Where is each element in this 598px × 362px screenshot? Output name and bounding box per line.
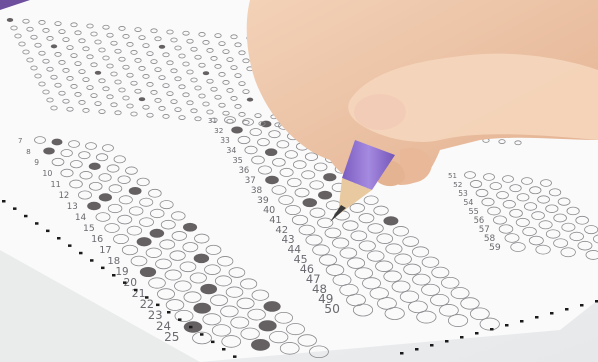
timing-mark: [580, 304, 584, 307]
answer-bubble: [383, 216, 398, 225]
timing-mark: [189, 326, 193, 329]
answer-bubble: [129, 187, 142, 195]
question-number: 9: [34, 158, 39, 167]
timing-mark: [535, 316, 539, 319]
question-number: 25: [164, 330, 179, 344]
question-number: 12: [59, 190, 70, 200]
answer-bubble: [52, 139, 63, 146]
question-number: 33: [220, 136, 230, 145]
answer-bubble: [7, 18, 13, 22]
timing-mark: [79, 252, 83, 255]
question-number: 11: [50, 179, 60, 189]
question-number: 15: [83, 223, 95, 234]
timing-mark: [490, 328, 494, 331]
question-number: 14: [75, 213, 87, 223]
timing-mark: [520, 320, 524, 323]
answer-bubble: [231, 126, 242, 133]
question-number: 59: [489, 242, 501, 253]
answer-bubble: [200, 284, 217, 294]
answer-bubble: [99, 193, 112, 201]
answer-bubble: [265, 176, 279, 184]
question-number: 50: [324, 302, 340, 316]
timing-mark: [156, 304, 160, 307]
answer-bubble: [95, 71, 101, 75]
timing-mark: [13, 207, 17, 210]
timing-mark: [145, 296, 149, 299]
answer-bubble: [159, 45, 165, 49]
question-number: 37: [245, 176, 256, 186]
timing-mark: [90, 259, 94, 262]
timing-mark: [565, 308, 569, 311]
timing-mark: [46, 230, 50, 233]
timing-mark: [57, 237, 61, 240]
answer-bubble: [264, 301, 281, 312]
timing-mark: [2, 200, 6, 203]
question-number: 8: [26, 147, 31, 156]
answer-bubble: [303, 198, 318, 207]
question-number: 53: [458, 189, 468, 198]
question-number: 16: [91, 234, 103, 245]
answer-bubble: [183, 223, 197, 232]
timing-mark: [134, 289, 138, 292]
question-number: 56: [474, 215, 485, 225]
answer-bubble: [323, 173, 336, 181]
question-number: 52: [453, 180, 462, 189]
answer-bubble: [43, 147, 54, 154]
answer-bubble: [139, 97, 145, 101]
timing-mark: [475, 332, 479, 335]
timing-mark: [233, 355, 237, 358]
answer-bubble: [89, 163, 101, 170]
timing-mark: [430, 344, 434, 347]
timing-mark: [200, 333, 204, 336]
answer-bubble: [259, 320, 277, 331]
timing-mark: [445, 340, 449, 343]
timing-mark: [123, 281, 127, 284]
question-number: 32: [214, 126, 223, 135]
timing-mark: [505, 324, 509, 327]
question-number: 13: [67, 202, 78, 212]
timing-mark: [178, 318, 182, 321]
timing-mark: [415, 348, 419, 351]
question-number: 36: [239, 165, 250, 175]
question-number: 34: [226, 146, 236, 155]
timing-mark: [211, 341, 215, 344]
question-number: 10: [42, 169, 52, 178]
answer-bubble: [150, 229, 165, 238]
timing-mark: [550, 312, 554, 315]
timing-mark: [101, 267, 105, 270]
timing-mark: [112, 274, 116, 277]
answer-bubble: [87, 202, 101, 210]
timing-mark: [167, 311, 171, 314]
timing-mark: [24, 215, 28, 218]
timing-mark: [222, 348, 226, 351]
timing-mark: [35, 222, 39, 225]
answer-bubble: [265, 148, 277, 156]
question-number: 35: [232, 155, 242, 165]
question-number: 7: [18, 137, 22, 145]
answer-bubble: [140, 267, 156, 277]
answer-bubble: [184, 321, 202, 332]
answer-bubble: [318, 191, 332, 200]
answer-bubble: [203, 71, 209, 75]
answer-bubble: [247, 98, 253, 102]
question-number: 17: [99, 245, 111, 256]
photo-scene: 7891011121314151617181920212223242531323…: [0, 0, 598, 362]
timing-mark: [68, 244, 72, 247]
answer-bubble: [194, 254, 209, 264]
answer-bubble: [251, 339, 270, 351]
timing-mark: [400, 352, 404, 355]
answer-bubble: [137, 237, 152, 246]
answer-bubble: [51, 44, 57, 48]
question-number: 51: [448, 172, 457, 180]
answer-bubble: [193, 303, 211, 314]
answer-sheet-photo: 7891011121314151617181920212223242531323…: [0, 0, 598, 362]
thumbnail: [354, 94, 406, 130]
timing-mark: [460, 336, 464, 339]
